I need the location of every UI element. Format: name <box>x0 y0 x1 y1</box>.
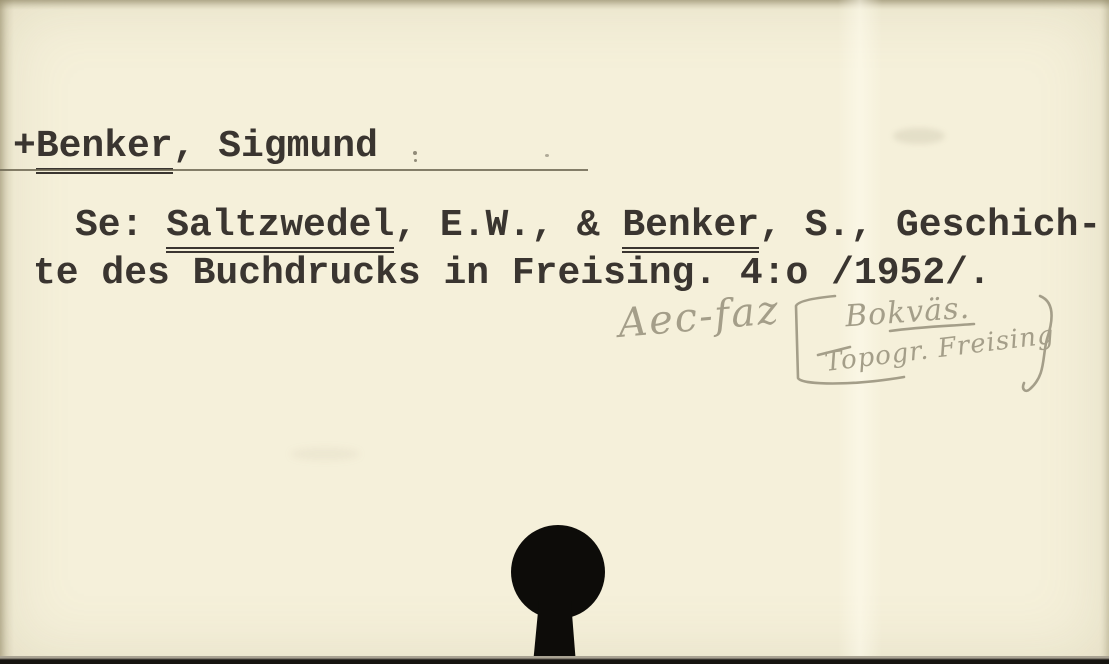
scan-edge-strip <box>0 656 1109 664</box>
reference-mid: , E.W., & <box>394 204 622 247</box>
catalog-card: +Benker, Sigmund Se: Saltzwedel, E.W., &… <box>0 0 1109 664</box>
heading-entry: +Benker, Sigmund <box>13 128 378 166</box>
heading-rest: , Sigmund <box>173 125 378 168</box>
keyhole-punch <box>497 521 619 664</box>
heading-plus: + <box>13 125 36 168</box>
pencil-shelfmark: Aec-faz <box>616 287 782 347</box>
paper-smudge <box>290 448 360 460</box>
ink-speck <box>414 159 417 162</box>
reference-tail: , S., Geschich- <box>759 204 1101 247</box>
heading-surname: Benker <box>36 125 173 174</box>
scan-edge-shade-left <box>0 0 14 664</box>
scan-edge-shade-top <box>0 0 1109 10</box>
author-saltzwedel: Saltzwedel <box>166 204 394 253</box>
heading-rule <box>0 169 588 171</box>
paper-smudge <box>893 128 945 144</box>
author-benker: Benker <box>622 204 759 253</box>
see-label: Se: <box>75 204 166 247</box>
ink-speck <box>413 151 417 155</box>
ink-speck <box>545 154 549 157</box>
reference-line-1: Se: Saltzwedel, E.W., & Benker, S., Gesc… <box>75 204 1101 248</box>
pencil-bracket-icon <box>780 284 1080 404</box>
